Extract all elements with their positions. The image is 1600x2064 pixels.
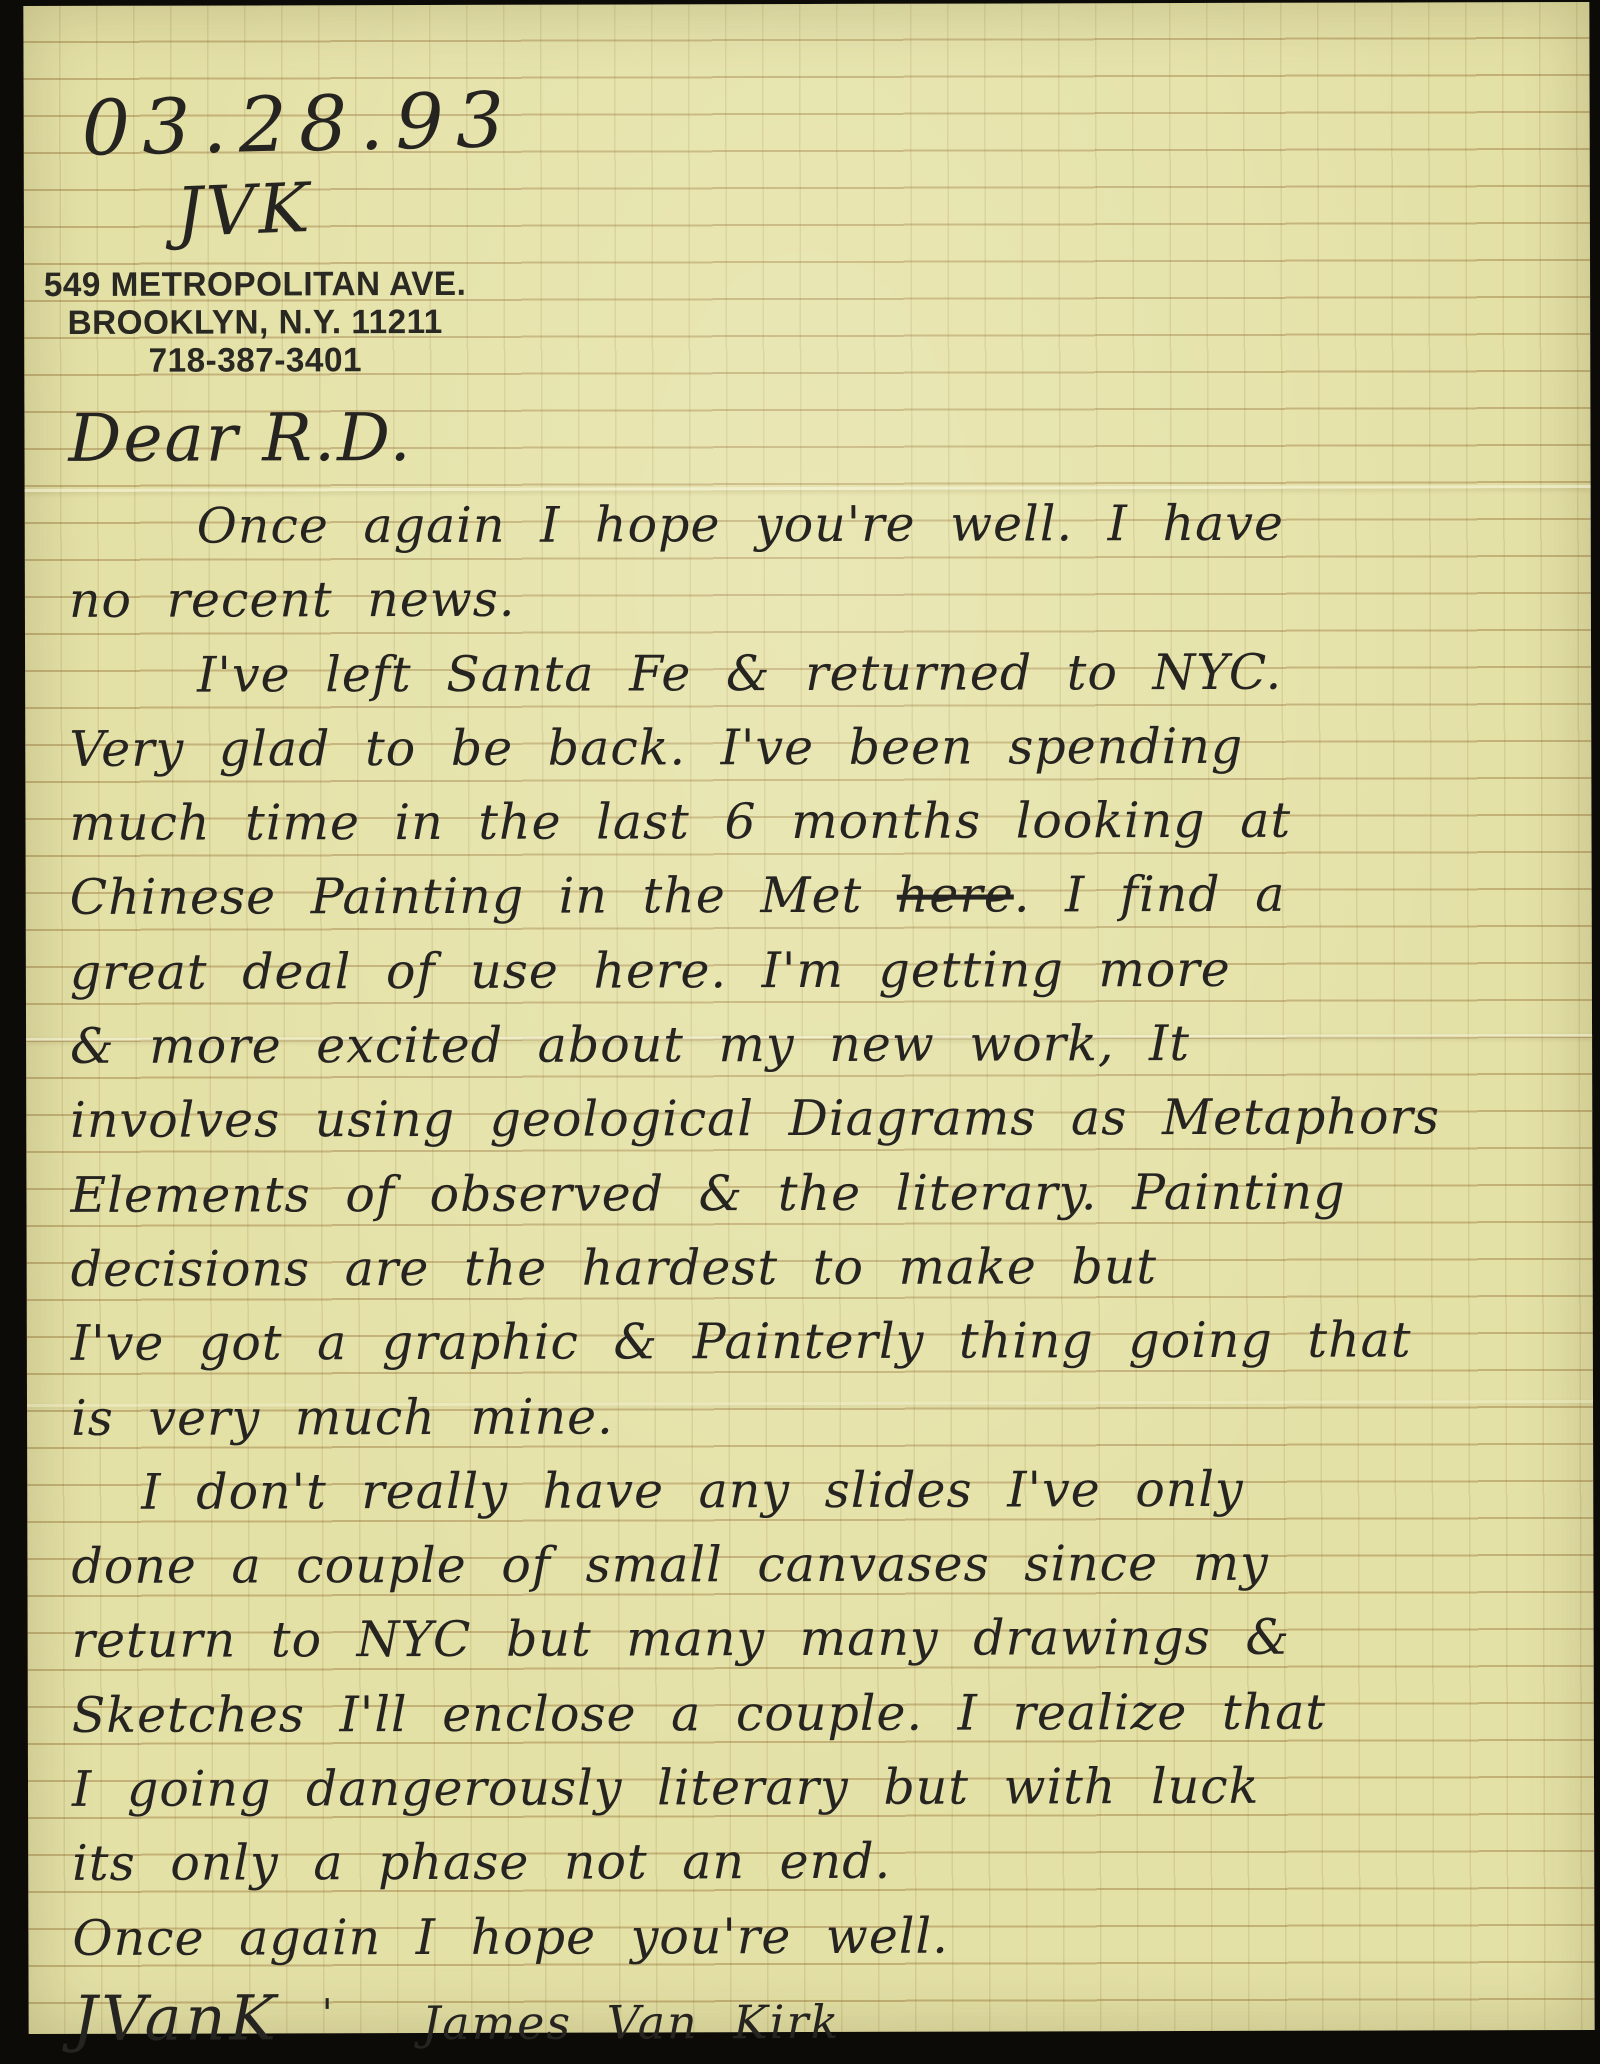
salutation: Dear R.D. [68, 399, 412, 477]
struck-word: here [897, 867, 1014, 924]
handwritten-line: & more excited about my new work, It [70, 1006, 1572, 1084]
signature-tick: ' [322, 1991, 334, 2037]
handwritten-line: involves using geological Diagrams as Me… [70, 1080, 1572, 1158]
handwritten-line: return to NYC but many many drawings & [72, 1600, 1574, 1678]
handwritten-line: I going dangerously literary but with lu… [72, 1749, 1574, 1827]
scan-background: { "scan": { "paper_color": "#e4e1a7", "i… [0, 0, 1600, 2064]
handwritten-line: much time in the last 6 months looking a… [69, 783, 1571, 861]
handwritten-line: decisions are the hardest to make but [71, 1229, 1573, 1307]
handwritten-line: its only a phase not an end. [72, 1823, 1574, 1901]
signature-row: JVanK'James Van Kirk [73, 1974, 1575, 2052]
handwritten-line: Chinese Painting in the Met here. I find… [70, 857, 1572, 935]
handwritten-line: Very glad to be back. I've been spending [69, 709, 1571, 787]
signature-name: James Van Kirk [422, 1995, 841, 2050]
stamp-address-line2: BROOKLYN, N.Y. 11211 [41, 303, 470, 342]
handwritten-line: Once again I hope you're well. [72, 1898, 1574, 1976]
line-text: . I find a [1014, 866, 1286, 924]
date-handwritten: 03.28.93 [81, 75, 517, 173]
handwritten-line: I don't really have any slides I've only [71, 1452, 1573, 1530]
initials-handwritten: JVK [174, 169, 313, 253]
handwritten-line: I've left Santa Fe & returned to NYC. [69, 635, 1571, 713]
stamp-address-line1: 549 METROPOLITAN AVE. [40, 265, 469, 304]
letter-page: 03.28.93 JVK 549 METROPOLITAN AVE. BROOK… [23, 2, 1594, 2034]
handwritten-line: great deal of use here. I'm getting more [70, 932, 1572, 1010]
handwritten-line: Elements of observed & the literary. Pai… [70, 1155, 1572, 1233]
handwritten-line: I've got a graphic & Painterly thing goi… [71, 1303, 1573, 1381]
handwritten-line: Once again I hope you're well. I have [69, 486, 1571, 564]
stamp-phone: 718-387-3401 [41, 341, 470, 380]
address-stamp: 549 METROPOLITAN AVE. BROOKLYN, N.Y. 112… [40, 265, 470, 380]
letter-body: Once again I hope you're well. I have no… [69, 486, 1575, 2052]
handwritten-line: done a couple of small canvases since my [71, 1526, 1573, 1604]
handwritten-line: no recent news. [69, 560, 1571, 638]
handwritten-line: Sketches I'll enclose a couple. I realiz… [72, 1675, 1574, 1753]
handwritten-line: is very much mine. [71, 1378, 1573, 1456]
line-text: Chinese Painting in the Met [70, 867, 897, 926]
signature-scrawl: JVanK [73, 1981, 280, 2055]
